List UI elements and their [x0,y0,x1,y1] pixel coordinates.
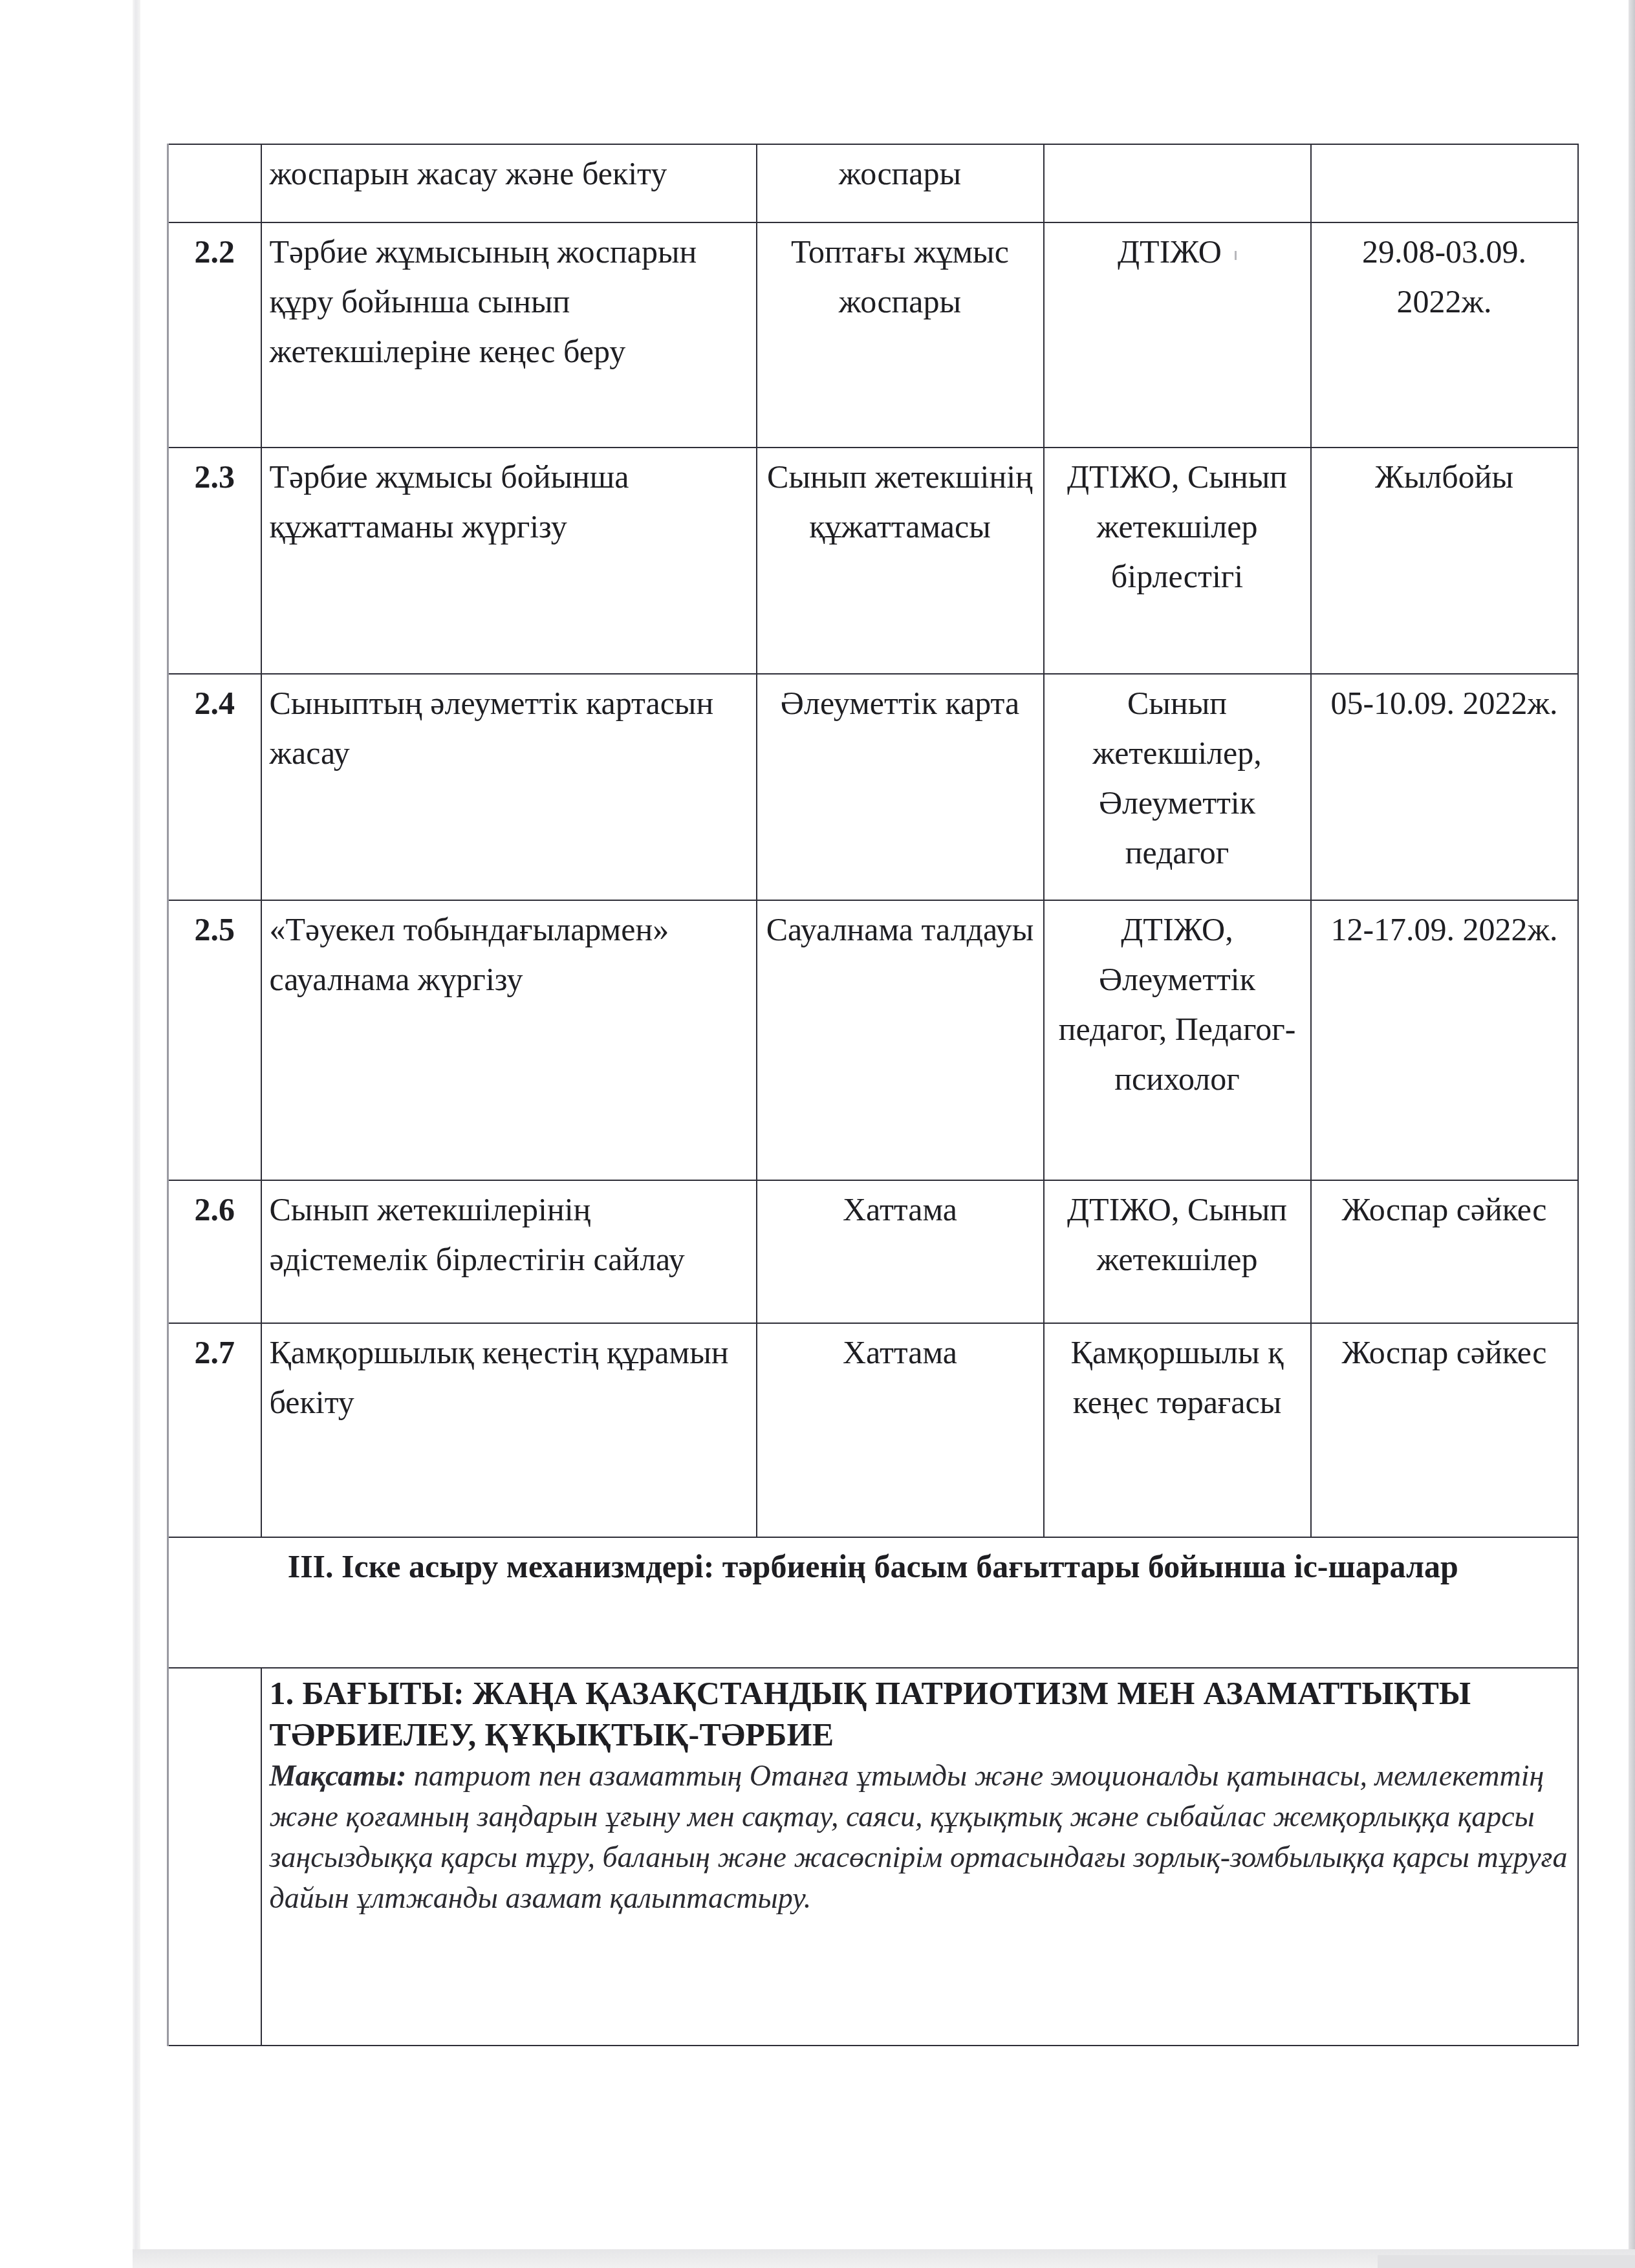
direction-goal: Мақсаты: патриот пен азаматтың Отанға ұт… [270,1755,1570,1918]
responsible-cell: ДТІЖО, Сынып жетекшілер бірлестігі [1044,448,1311,674]
direction-title: 1. БАҒЫТЫ: ЖАҢА ҚАЗАҚСТАНДЫҚ ПАТРИОТИЗМ … [270,1672,1570,1755]
activity-cell: «Тәуекел тобындағылармен» сауалнама жүрг… [261,900,757,1180]
section-heading-row: ІІІ. Іске асыру механизмдері: тәрбиенің … [168,1537,1578,1668]
row-number: 2.2 [168,222,261,448]
row-number: 2.6 [168,1180,261,1323]
responsible-line: жетекшілер [1052,1235,1303,1284]
table-row: 2.7 Қамқоршылық кеңестің құрамын бекіту … [168,1323,1578,1537]
work-plan-table: жоспарын жасау және бекіту жоспары 2.2 Т… [167,144,1579,2046]
row-number: 2.3 [168,448,261,674]
row-number [168,1668,261,2046]
deadline-cell: 05-10.09. 2022ж. [1311,674,1578,900]
responsible-cell [1044,144,1311,222]
scan-left-edge [133,0,140,2251]
form-cell: Хаттама [757,1323,1044,1537]
responsible-cell: ДТІЖО, Сыныпжетекшілер [1044,1180,1311,1323]
form-cell: жоспары [757,144,1044,222]
responsible-cell: ДТІЖО, Әлеуметтік педагог, Педагог-психо… [1044,900,1311,1180]
section-heading: ІІІ. Іске асыру механизмдері: тәрбиенің … [168,1537,1578,1668]
scan-bottom-corner [1378,2255,1635,2268]
form-cell: Топтағы жұмыс жоспары [757,222,1044,448]
responsible-line: ДТІЖО, Сынып [1052,1185,1303,1235]
deadline-cell [1311,144,1578,222]
form-cell: Сауалнама талдауы [757,900,1044,1180]
row-number: 2.5 [168,900,261,1180]
activity-cell: Сыныптың әлеуметтік картасын жасау [261,674,757,900]
responsible-text: ДТІЖО [1118,233,1222,270]
table-row: 2.6 Сынып жетекшілерінің әдістемелік бір… [168,1180,1578,1323]
deadline-cell: 29.08-03.09. 2022ж. [1311,222,1578,448]
table-row: 2.5 «Тәуекел тобындағылармен» сауалнама … [168,900,1578,1180]
table-row: 2.2 Тәрбие жұмысының жоспарын құру бойын… [168,222,1578,448]
form-cell: Хаттама [757,1180,1044,1323]
deadline-cell: Жылбойы [1311,448,1578,674]
row-number: 2.7 [168,1323,261,1537]
table-row: 2.4 Сыныптың әлеуметтік картасын жасау Ә… [168,674,1578,900]
responsible-cell: ДТІЖО [1044,222,1311,448]
table-row-continuation: жоспарын жасау және бекіту жоспары [168,144,1578,222]
activity-cell: Тәрбие жұмысының жоспарын құру бойынша с… [261,222,757,448]
row-number: 2.4 [168,674,261,900]
form-cell: Сынып жетекшінің құжаттамасы [757,448,1044,674]
responsible-cell: Қамқоршылы қ кеңес төрағасы [1044,1323,1311,1537]
goal-text: патриот пен азаматтың Отанға ұтымды және… [270,1759,1568,1914]
goal-label: Мақсаты: [270,1759,407,1792]
activity-cell: Қамқоршылық кеңестің құрамын бекіту [261,1323,757,1537]
deadline-cell: 12-17.09. 2022ж. [1311,900,1578,1180]
activity-cell: Сынып жетекшілерінің әдістемелік бірлест… [261,1180,757,1323]
direction-row: 1. БАҒЫТЫ: ЖАҢА ҚАЗАҚСТАНДЫҚ ПАТРИОТИЗМ … [168,1668,1578,2046]
row-number [168,144,261,222]
activity-cell: жоспарын жасау және бекіту [261,144,757,222]
activity-cell: Тәрбие жұмысы бойынша құжаттаманы жүргіз… [261,448,757,674]
table-row: 2.3 Тәрбие жұмысы бойынша құжаттаманы жү… [168,448,1578,674]
responsible-cell: Сынып жетекшілер, Әлеуметтік педагог [1044,674,1311,900]
deadline-cell: Жоспар сәйкес [1311,1323,1578,1537]
scan-right-edge [1629,0,1635,2268]
deadline-cell: Жоспар сәйкес [1311,1180,1578,1323]
direction-cell: 1. БАҒЫТЫ: ЖАҢА ҚАЗАҚСТАНДЫҚ ПАТРИОТИЗМ … [261,1668,1578,2046]
scan-speck [1235,251,1237,260]
form-cell: Әлеуметтік карта [757,674,1044,900]
